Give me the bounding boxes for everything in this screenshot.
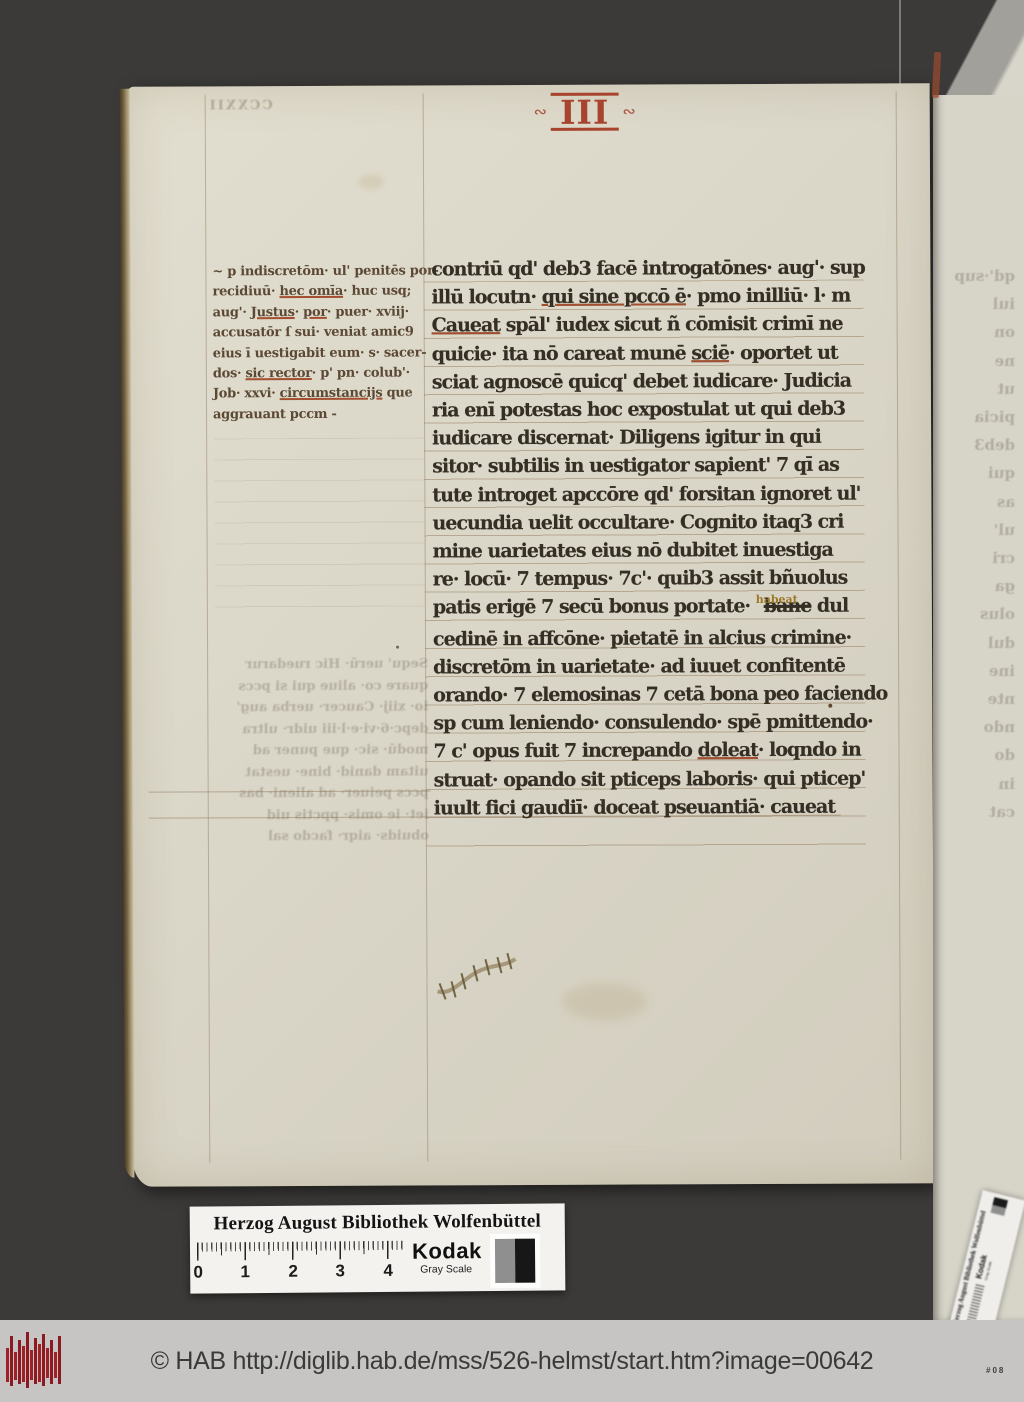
text-line: Sequ' uerū· Hic ruedarur bbox=[192, 653, 428, 676]
ruler-ticks bbox=[197, 1241, 403, 1261]
text-line: discretōm in uarietate· ad iuuet confite… bbox=[433, 651, 869, 681]
text-line: recidiuū· hec omīa· huc usq; bbox=[212, 282, 432, 303]
gray-patch bbox=[495, 1239, 515, 1283]
scan-viewport: CCXXII ∾ III ∾ ~ p indiscretōm· ul' peni… bbox=[0, 0, 1024, 1402]
marginal-gloss: ~ p indiscretōm· ul' penitēs por-recidiu… bbox=[212, 261, 433, 425]
text-line: Caueat spāl' iudex sicut ñ cōmisit crimī… bbox=[432, 310, 868, 340]
gray-scale-label: Gray Scale bbox=[420, 1263, 472, 1275]
ruler-number: 1 bbox=[240, 1262, 250, 1282]
ruler-number: 2 bbox=[288, 1262, 298, 1282]
foxing-stain bbox=[562, 982, 648, 1020]
ink-speck bbox=[396, 646, 399, 649]
ruler-number: 0 bbox=[193, 1263, 203, 1283]
text-line: ndo bbox=[941, 713, 1015, 741]
text-line: ~ p indiscretōm· ul' penitēs por- bbox=[212, 261, 432, 282]
text-line: ine bbox=[941, 657, 1015, 685]
text-line: pccs peiuer· ad alieni· bas bbox=[193, 782, 429, 805]
text-line: quare co· aliue qui si pccs bbox=[192, 675, 428, 698]
text-line: 7 c' opus fuit 7 increpando doleat· loqn… bbox=[433, 736, 869, 766]
text-line: ne bbox=[941, 347, 1015, 375]
corner-mark: #08 bbox=[986, 1366, 1005, 1375]
text-line: picia bbox=[941, 403, 1015, 431]
text-line: cri bbox=[941, 544, 1015, 572]
text-line: obuids· aiqr· facdo sal bbox=[193, 825, 429, 848]
page-number-rubric: ∾ III ∾ bbox=[520, 92, 650, 131]
ruling-vertical-right bbox=[896, 91, 902, 1159]
text-line: ut bbox=[941, 375, 1015, 403]
registration-barcode bbox=[4, 1330, 64, 1394]
text-line: patis erigē 7 secū bonus portate· habeat… bbox=[433, 592, 869, 625]
text-line: tute introget apccōre qd' forsitan ignor… bbox=[432, 479, 868, 509]
bleed-through-right-edge: qd'·supiulonneutpiciadeb3quiasul'crigaol… bbox=[941, 262, 1015, 826]
parchment-stitch-scar bbox=[431, 947, 523, 1003]
text-line: Job· xxvi· circumstancijs que bbox=[213, 384, 433, 405]
leaf-edges bbox=[120, 89, 135, 1178]
facing-page-corner-shadow bbox=[933, 0, 1024, 95]
text-line: uitam danid· bine· uestat bbox=[193, 761, 429, 784]
text-line: on bbox=[941, 318, 1015, 346]
black-patch bbox=[515, 1239, 535, 1283]
facing-label-gray-patch bbox=[991, 1197, 1008, 1216]
text-line: in bbox=[941, 770, 1015, 798]
text-line: re· locū· 7 tempus· 7c'· quib3 assit bñu… bbox=[433, 564, 869, 594]
text-line: uecundia uelit occultare· Cognito itaq3 … bbox=[432, 507, 868, 537]
text-line: iul bbox=[941, 290, 1015, 318]
text-line: aggrauant pccm - bbox=[213, 404, 433, 425]
rubric-flourish-right-icon: ∾ bbox=[622, 104, 635, 120]
kodak-brand: Kodak bbox=[412, 1238, 482, 1265]
footer-strip: © HAB http://diglib.hab.de/mss/526-helms… bbox=[0, 1320, 1024, 1402]
ruler-number: 4 bbox=[383, 1261, 393, 1281]
text-line: iet· ie omis· ppctis uid bbox=[193, 804, 429, 827]
text-line: sitor· subtilis in uestigator sapient' 7… bbox=[432, 451, 868, 481]
text-line: ga bbox=[941, 572, 1015, 600]
text-line: dul bbox=[941, 629, 1015, 657]
rubric-flourish-left-icon: ∾ bbox=[534, 104, 547, 120]
text-line: as bbox=[941, 488, 1015, 516]
manuscript-page: CCXXII ∾ III ∾ ~ p indiscretōm· ul' peni… bbox=[128, 83, 935, 1186]
folio-number-bleed-through: CCXXII bbox=[208, 98, 273, 113]
facing-page-edge: qd'·supiulonneutpiciadeb3quiasul'crigaol… bbox=[933, 0, 1024, 1320]
text-line: illū locutn· qui sine pccō ē· pmo inilli… bbox=[431, 282, 867, 312]
foxing-stain bbox=[358, 174, 384, 190]
text-line: ria enī potestas hoc expostulat ut qui d… bbox=[432, 395, 868, 425]
text-line: deb3 bbox=[941, 431, 1015, 459]
text-line: dos· sic rector· p' pn· colub'· bbox=[213, 363, 433, 384]
text-line: mine uarietates eius nō dubitet inuestig… bbox=[433, 536, 869, 566]
ruling-lines-margin bbox=[214, 437, 425, 624]
text-line: accusatōr ſ sui· veniat amic9 bbox=[213, 323, 433, 344]
page-edge-highlight bbox=[899, 0, 901, 86]
text-line: orando· 7 elemosinas 7 cetā bona peo fac… bbox=[433, 680, 869, 710]
text-line: olus bbox=[941, 600, 1015, 628]
text-line: sciat agnoscē quicq' debet iudicare· Jud… bbox=[432, 366, 868, 396]
ruler-number: 3 bbox=[335, 1261, 345, 1281]
text-line: iuult fici gaudiī· doceat pseuantiā· cau… bbox=[434, 792, 870, 822]
text-line: struat· opando sit pticeps laboris· qui … bbox=[434, 764, 870, 794]
text-line: eius ī uestigabit eum· s· sacer- bbox=[213, 343, 433, 364]
text-line: cat bbox=[941, 798, 1015, 826]
text-line: qd'·sup bbox=[941, 262, 1015, 290]
text-line: io· xiij· Caucer· uerba aug' bbox=[192, 696, 428, 719]
text-line: aug'· Justus· por· puer· xviij· bbox=[213, 302, 433, 323]
text-line: iudicare discernat· Diligens igitur in q… bbox=[432, 423, 868, 453]
main-text-column: contriū qd' deb3 facē introgatōnes· aug'… bbox=[431, 254, 869, 823]
text-line: sp cum leniendo· consulendo· spē pmitten… bbox=[433, 708, 869, 738]
library-name: Herzog August Bibliothek Wolfenbüttel bbox=[190, 1210, 565, 1235]
text-line: nte bbox=[941, 685, 1015, 713]
text-line: do bbox=[941, 741, 1015, 769]
kodak-gray-scale-label: Herzog August Bibliothek Wolfenbüttel 0 … bbox=[190, 1203, 566, 1293]
text-line: ul' bbox=[941, 516, 1015, 544]
text-line: modū· sic· que puner ad bbox=[192, 739, 428, 762]
text-line: depc·6·vi·e·l·iii uidr· ultra bbox=[192, 718, 428, 741]
copyright-line: © HAB http://diglib.hab.de/mss/526-helms… bbox=[151, 1347, 874, 1376]
rubric-numeral: III bbox=[551, 93, 618, 132]
text-line: qui bbox=[941, 459, 1015, 487]
bleed-through-left-column: Sequ' uerū· Hic ruedarurquare co· aliue … bbox=[192, 653, 429, 848]
text-line: contriū qd' deb3 facē introgatōnes· aug'… bbox=[431, 254, 867, 284]
ruling-vertical-left bbox=[205, 94, 211, 1162]
ink-speck bbox=[828, 704, 832, 708]
text-line: quicie· ita nō careat munē sciē· oportet… bbox=[432, 338, 868, 368]
gray-scale-patch bbox=[490, 1234, 540, 1288]
text-line: cedinē in affcōne· pietatē in alcius cri… bbox=[433, 623, 869, 653]
